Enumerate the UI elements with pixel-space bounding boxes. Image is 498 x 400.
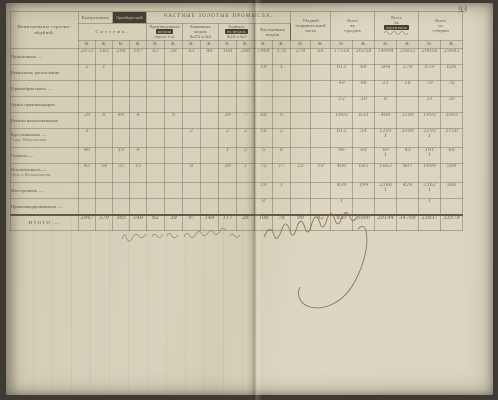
cell: 68 — [353, 147, 375, 163]
cell — [237, 182, 255, 198]
cell — [147, 96, 165, 112]
cell: 2150 — [441, 128, 463, 147]
cell: 20258 — [353, 48, 375, 64]
cell: 8 — [96, 112, 113, 128]
col-male-header: М. — [113, 40, 130, 48]
cell — [165, 198, 183, 215]
cell — [219, 96, 237, 112]
cell — [96, 182, 113, 198]
col-group-a-sub: Системъ. — [79, 24, 147, 41]
cell — [130, 96, 147, 112]
handwritten-sublabel: Дом. и Вольнонаемн. — [11, 172, 78, 178]
cell: 1 — [237, 163, 255, 182]
cell — [273, 198, 291, 215]
cell — [201, 147, 219, 163]
cell — [130, 64, 147, 80]
cell: 1993 — [419, 112, 441, 128]
cell: 43 — [397, 147, 419, 163]
cell: 3200 — [397, 112, 419, 128]
cell — [130, 128, 147, 147]
cell — [183, 96, 201, 112]
cell: 78 — [273, 215, 291, 231]
cell: 20 — [255, 182, 273, 198]
cell — [96, 198, 113, 215]
cell — [291, 128, 311, 147]
banner-title: ЧАСТНЫЕ ЗОЛОТЫЕ ПРОМЫСЛА. — [147, 12, 291, 24]
cell: 89 1 — [375, 147, 397, 163]
cell — [147, 198, 165, 215]
cell: 509 — [441, 163, 463, 182]
cell — [219, 182, 237, 198]
cell — [79, 80, 96, 96]
cell — [273, 96, 291, 112]
cell: 70 — [419, 80, 441, 96]
cell — [201, 80, 219, 96]
cell — [183, 80, 201, 96]
cell — [113, 128, 130, 147]
cell — [79, 96, 96, 112]
cell — [147, 147, 165, 163]
col-female-header: Ж. — [165, 40, 183, 48]
cell: 1 — [96, 64, 113, 80]
cell — [237, 96, 255, 112]
cell — [201, 96, 219, 112]
cell: 613 — [331, 64, 353, 80]
cell: 30 — [353, 96, 375, 112]
cell: 66 — [311, 48, 331, 64]
cell: 117 — [219, 215, 237, 231]
cell — [165, 80, 183, 96]
col-female-header: Ж. — [397, 40, 419, 48]
cell: 10 — [311, 163, 331, 182]
row-label: Ревизскому расчисленію — [11, 64, 79, 80]
cell: 7 — [237, 112, 255, 128]
cell: 3 — [79, 128, 96, 147]
cell — [291, 147, 311, 163]
cell: 42 — [79, 163, 96, 182]
cell: 33579 — [441, 215, 463, 231]
cell — [130, 182, 147, 198]
row-label: Крестьянскихъ —Горн. Начальства — [11, 128, 79, 147]
cell — [147, 80, 165, 96]
cell — [353, 198, 375, 215]
cell: 22 — [331, 96, 353, 112]
cell: 620 — [331, 215, 353, 231]
cell — [311, 147, 331, 163]
cell: 22 — [291, 163, 311, 182]
row-label: Мастеровыхъ — — [11, 182, 79, 198]
cell — [201, 128, 219, 147]
row-label: Ревизіи неположенныхъ — [11, 112, 79, 128]
cell: 3903 — [441, 112, 463, 128]
cell — [237, 198, 255, 215]
cell: 40 — [79, 147, 96, 163]
cell: 19 — [255, 64, 273, 80]
row-header-title: Наименованіе строено- вѣдѣній. — [11, 12, 79, 49]
cell: 148 — [201, 215, 219, 231]
cell — [147, 112, 165, 128]
cell: 97 — [183, 215, 201, 231]
cell — [165, 182, 183, 198]
col-group-total-districts: Всего въ окружныхъ — [375, 12, 419, 41]
cell: 1999 — [419, 163, 441, 182]
cell: 39 — [219, 112, 237, 128]
cell: 54 — [353, 128, 375, 147]
cell — [96, 80, 113, 96]
cell: 66 — [353, 64, 375, 80]
cell — [201, 112, 219, 128]
col-group-a-right: Оренбургской — [113, 12, 147, 24]
cell — [147, 128, 165, 147]
cell: 147 — [130, 48, 147, 64]
col-male-header: М. — [291, 40, 311, 48]
cell — [273, 80, 291, 96]
col-group-b: Производимыхъ медали (часть 1-я) — [147, 24, 183, 41]
cell: 365 — [113, 215, 130, 231]
cell: 6 — [273, 147, 291, 163]
cell: 1 — [273, 182, 291, 198]
cell: 72 — [255, 163, 273, 182]
cell: 191 1 — [419, 147, 441, 163]
cell — [219, 64, 237, 80]
col-female-header: Ж. — [273, 40, 291, 48]
cell: 400 — [331, 163, 353, 182]
cell: 108 — [255, 215, 273, 231]
cell: 46 — [201, 48, 219, 64]
cell — [397, 96, 419, 112]
cell: 14904 — [375, 48, 397, 64]
cell — [375, 198, 397, 215]
cell: 8 — [255, 198, 273, 215]
cell: 2 — [219, 128, 237, 147]
cell: 165 — [96, 48, 113, 64]
cell: 379 — [96, 215, 113, 231]
cell — [147, 163, 165, 182]
cell — [183, 198, 201, 215]
cell: 21 — [375, 80, 397, 96]
cell — [201, 198, 219, 215]
cell: 31 — [419, 96, 441, 112]
cell — [165, 128, 183, 147]
cell — [255, 80, 273, 96]
col-male-header: М. — [183, 40, 201, 48]
cell: 1 — [419, 198, 441, 215]
cell — [291, 198, 311, 215]
cell: 62 — [311, 215, 331, 231]
col-female-header: Ж. — [237, 40, 255, 48]
cell — [79, 182, 96, 198]
totals-label: ИТОГО — — [11, 215, 79, 231]
cell — [165, 163, 183, 182]
cell — [165, 64, 183, 80]
cell: 9 — [165, 112, 183, 128]
col-male-header: М. — [255, 40, 273, 48]
cell — [183, 112, 201, 128]
cell: 2386 1 — [375, 182, 397, 198]
col-female-header: Ж. — [353, 40, 375, 48]
col-female-header: Ж. — [441, 40, 463, 48]
cell: 23937 — [419, 215, 441, 231]
cell: 16 — [255, 128, 273, 147]
cell: 39 — [165, 215, 183, 231]
col-group-e: Мастеровыхъ медали — [255, 24, 291, 41]
cell — [441, 198, 463, 215]
cell: 2 — [237, 128, 255, 147]
cell — [291, 80, 311, 96]
cell — [311, 96, 331, 112]
handwritten-sublabel: Горн. Начальства — [11, 137, 78, 143]
cell — [130, 80, 147, 96]
cell — [165, 147, 183, 163]
cell: 439 — [331, 182, 353, 198]
row-label: Прикомандированныхъ — — [11, 198, 79, 215]
ledger-table: Наименованіе строено- вѣдѣній. Камеральн… — [10, 11, 463, 231]
cell — [147, 64, 165, 80]
cell: 1903 — [331, 112, 353, 128]
cell: 62 — [147, 48, 165, 64]
cell — [165, 96, 183, 112]
cell — [201, 64, 219, 80]
cell: 8 — [183, 163, 201, 182]
cell — [291, 182, 311, 198]
col-group-c: Банковыхъ медаль №473 и №3 — [183, 24, 219, 41]
col-male-header: М. — [219, 40, 237, 48]
cell — [311, 128, 331, 147]
cell: 26 — [237, 215, 255, 231]
col-group-d: Годныхъ въ медаль №10 и №3 — [219, 24, 255, 41]
cell: 15 — [130, 163, 147, 182]
col-group-uyezd: Уѣздной исправительной части — [291, 12, 331, 41]
cell — [130, 198, 147, 215]
cell: 96 — [353, 80, 375, 96]
cell: 62 — [147, 215, 165, 231]
cell: 76 — [441, 80, 463, 96]
cell: 2 — [237, 147, 255, 163]
cell — [219, 198, 237, 215]
cell: 16 — [397, 80, 419, 96]
cell: 2947 — [79, 215, 96, 231]
cell: 1 — [331, 198, 353, 215]
cell — [183, 147, 201, 163]
cell: 278 — [291, 48, 311, 64]
cell — [219, 80, 237, 96]
cell: 612 — [331, 128, 353, 147]
row-label: Исключенныхъ —Дом. и Вольнонаемн. — [11, 163, 79, 182]
cell: 2 — [273, 128, 291, 147]
col-group-total-province: Всего по губерніи — [419, 12, 463, 41]
col-male-header: М. — [79, 40, 96, 48]
col-male-header: М. — [147, 40, 165, 48]
cell — [311, 182, 331, 198]
cell: 1 — [219, 147, 237, 163]
scanned-page: 93 Наименованіе строено- вѣдѣній. Камера… — [6, 3, 493, 395]
cell: 60 — [255, 112, 273, 128]
col-female-header: Ж. — [130, 40, 147, 48]
cell: 54 — [96, 163, 113, 182]
cell: 200 — [237, 48, 255, 64]
cell: 407 — [397, 163, 419, 182]
cell: 579 — [397, 64, 419, 80]
cell: 17 — [273, 163, 291, 182]
col-male-header: М. — [419, 40, 441, 48]
cell — [311, 80, 331, 96]
cell — [96, 128, 113, 147]
cell: 9 — [130, 147, 147, 163]
cell: 20194 — [375, 215, 397, 231]
cell: 23043 — [441, 48, 463, 64]
row-label: Пріисковыхъ — — [11, 48, 79, 64]
cell — [237, 64, 255, 80]
row-label: Единовѣрческихъ — — [11, 80, 79, 96]
cell: 68 — [441, 147, 463, 163]
cell: 20852 — [397, 48, 419, 64]
col-male-header: М. — [375, 40, 397, 48]
cell: 30 — [219, 163, 237, 182]
cell: 633 — [353, 112, 375, 128]
cell: 108 — [219, 48, 237, 64]
cell — [311, 64, 331, 80]
cell — [201, 182, 219, 198]
cell — [113, 96, 130, 112]
cell: 8 — [375, 96, 397, 112]
cell — [291, 96, 311, 112]
cell — [79, 198, 96, 215]
cell — [255, 96, 273, 112]
cell: 2 — [79, 64, 96, 80]
mf-row: М.Ж.М.Ж.М.Ж.М.Ж.М.Ж.М.Ж.М.Ж.М.Ж.М.Ж.М.Ж. — [11, 40, 463, 48]
cell — [96, 96, 113, 112]
cell: 9 — [273, 112, 291, 128]
cell: 594 — [375, 64, 397, 80]
cell — [113, 64, 130, 80]
cell — [183, 182, 201, 198]
cell: 140 — [130, 215, 147, 231]
cell: 29 — [79, 112, 96, 128]
col-group-total-towns: Всего въ городахъ — [331, 12, 375, 41]
cell: 30 — [441, 96, 463, 112]
cell: 626 — [441, 64, 463, 80]
cell: 49 — [331, 80, 353, 96]
col-male-header: М. — [331, 40, 353, 48]
page-number: 93 — [458, 4, 468, 15]
cell: 679 — [419, 64, 441, 80]
handwritten-correction — [383, 30, 411, 35]
col-group-a-left: Камеральныхъ — [79, 12, 113, 24]
col-female-header: Ж. — [96, 40, 113, 48]
cell: 4 — [130, 112, 147, 128]
cell — [237, 80, 255, 96]
cell — [291, 112, 311, 128]
cell: 29058 — [419, 48, 441, 64]
col-female-header: Ж. — [311, 40, 331, 48]
col-female-header: Ж. — [201, 40, 219, 48]
cell: 3300 — [397, 128, 419, 147]
cell: 386 — [441, 182, 463, 198]
cell: 199 — [353, 182, 375, 198]
cell: 2873 — [79, 48, 96, 64]
cell — [291, 64, 311, 80]
cell — [311, 198, 331, 215]
cell: 2362 1 — [419, 182, 441, 198]
cell: 2193 1 — [419, 128, 441, 147]
cell: 2 — [183, 128, 201, 147]
cell: 39 — [165, 48, 183, 64]
row-label: Горныхъ — — [11, 147, 79, 163]
cell: 1904 — [255, 48, 273, 64]
cell — [201, 163, 219, 182]
cell: 34708 — [397, 215, 419, 231]
cell: 49 — [113, 112, 130, 128]
cell: 10 — [113, 147, 130, 163]
cell — [113, 80, 130, 96]
cell: 96 — [331, 147, 353, 163]
cell: 5 — [255, 147, 273, 163]
cell — [113, 182, 130, 198]
cell: 400 — [375, 112, 397, 128]
cell: 5000 — [353, 215, 375, 231]
cell: 32 — [113, 163, 130, 182]
cell — [147, 182, 165, 198]
cell — [183, 64, 201, 80]
cell: 1 — [273, 64, 291, 80]
table-body: Пріисковыхъ —287316529814762394346108200… — [11, 48, 463, 230]
cell — [113, 198, 130, 215]
cell: 424 — [397, 182, 419, 198]
reverse-side-bleedthrough — [14, 219, 250, 391]
row-label: Арміи прикомандиров. — [11, 96, 79, 112]
cell: 298 — [113, 48, 130, 64]
cell: 1863 — [375, 163, 397, 182]
cell — [397, 198, 419, 215]
cell: 17316 — [331, 48, 353, 64]
cell: 642 — [353, 163, 375, 182]
cell — [311, 112, 331, 128]
cell — [96, 147, 113, 163]
cell: 43 — [183, 48, 201, 64]
cell: 1291 1 — [375, 128, 397, 147]
cell: 178 — [273, 48, 291, 64]
cell: 90 — [291, 215, 311, 231]
